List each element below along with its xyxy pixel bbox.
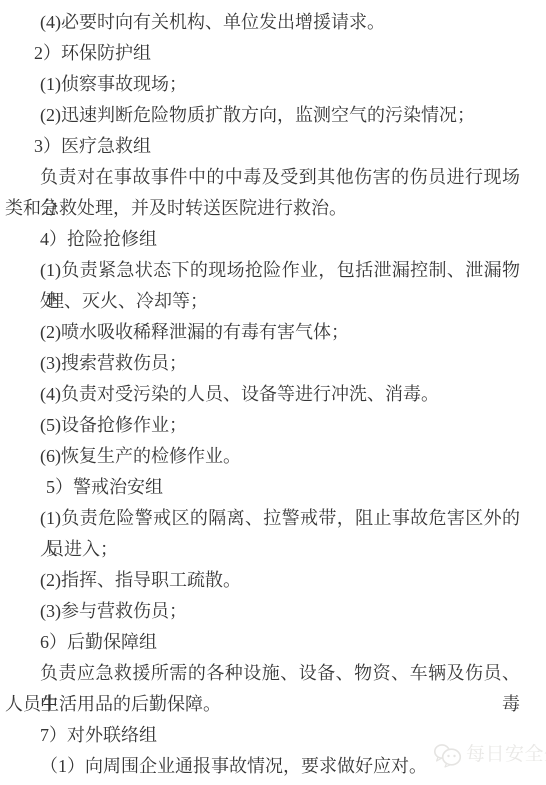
chat-bubbles-icon bbox=[433, 742, 463, 768]
document-page: { "document": { "lines": [ { "text": "(4… bbox=[0, 0, 546, 785]
text-line: 负责对在事故事件中的中毒及受到其他伤害的伤员进行现场分 bbox=[0, 162, 520, 193]
text-line: (2)指挥、指导职工疏散。 bbox=[0, 565, 546, 596]
text-line: 负责应急救援所需的各种设施、设备、物资、车辆及伤员、中毒 bbox=[0, 658, 520, 689]
text-line: 4）抢险抢修组 bbox=[0, 224, 546, 255]
text-line: 6）后勤保障组 bbox=[0, 627, 546, 658]
text-line: (1)负责紧急状态下的现场抢险作业，包括泄漏控制、泄漏物处 bbox=[0, 255, 520, 286]
text-line: 2）环保防护组 bbox=[0, 38, 546, 69]
document-body: (4)必要时向有关机构、单位发出增援请求。2）环保防护组(1)侦察事故现场；(2… bbox=[0, 0, 546, 782]
text-line: 类和急救处理，并及时转送医院进行救治。 bbox=[0, 193, 546, 224]
text-line: 5）警戒治安组 bbox=[0, 472, 546, 503]
text-line: 员进入； bbox=[0, 534, 546, 565]
watermark: 每日安全生 bbox=[433, 742, 546, 768]
watermark-text: 每日安全生 bbox=[466, 742, 546, 768]
text-line: (3)参与营救伤员； bbox=[0, 596, 546, 627]
text-line: (3)搜索营救伤员； bbox=[0, 348, 546, 379]
text-line: 3）医疗急救组 bbox=[0, 131, 546, 162]
text-line: (2)迅速判断危险物质扩散方向，监测空气的污染情况； bbox=[0, 100, 546, 131]
text-line: (1)侦察事故现场； bbox=[0, 69, 546, 100]
text-line: (1)负责危险警戒区的隔离、拉警戒带，阻止事故危害区外的人 bbox=[0, 503, 520, 534]
text-line: (4)负责对受污染的人员、设备等进行冲洗、消毒。 bbox=[0, 379, 546, 410]
text-line: (2)喷水吸收稀释泄漏的有毒有害气体； bbox=[0, 317, 546, 348]
text-line: 理、灭火、冷却等； bbox=[0, 286, 546, 317]
text-line: (6)恢复生产的检修作业。 bbox=[0, 441, 546, 472]
text-line: (4)必要时向有关机构、单位发出增援请求。 bbox=[0, 7, 546, 38]
text-line: (5)设备抢修作业； bbox=[0, 410, 546, 441]
